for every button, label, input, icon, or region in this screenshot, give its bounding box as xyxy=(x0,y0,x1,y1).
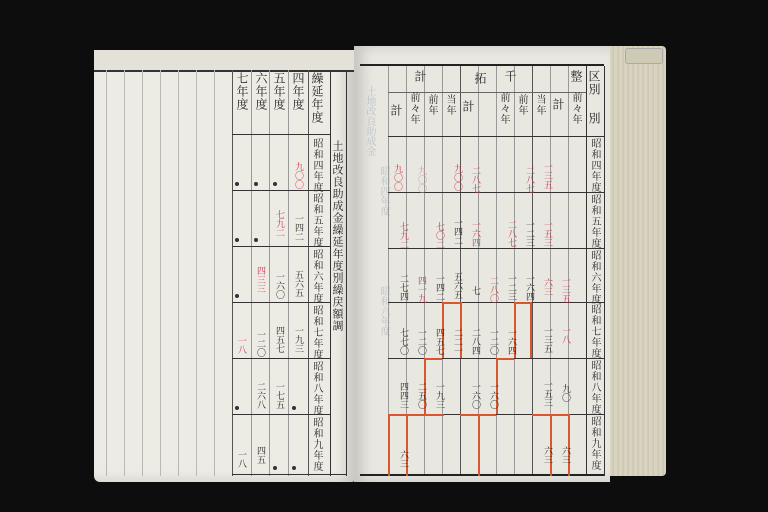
sub-header: 前々年 xyxy=(408,92,418,125)
row-label: 昭和六年度 xyxy=(311,249,321,304)
sub-header: 前々年 xyxy=(570,92,580,125)
row-label: 昭和四年度 xyxy=(311,138,321,193)
cell-value: 五六五 xyxy=(293,270,302,297)
row-label: 昭和六年度 xyxy=(589,250,599,305)
sub-header: 当年 xyxy=(444,94,454,116)
right-page: 土地改良助成金 昭和四年度 昭和六年度 xyxy=(354,46,610,482)
cell-value: 一七五 xyxy=(274,382,283,409)
sub-header: 別 xyxy=(588,112,600,125)
col-header-5: 五年度 xyxy=(273,72,285,111)
page-edges xyxy=(610,46,666,476)
group-header-kubetsu: 区別 xyxy=(588,70,600,96)
cell-value: 四三三 xyxy=(255,266,264,293)
left-page: 土地改良助成金繰延年度別繰戻額調 繰延年度 四年度 五年度 六年度 七年度 昭和… xyxy=(94,50,354,482)
row-label: 昭和五年度 xyxy=(311,193,321,248)
group-header-kei: 計 xyxy=(414,70,426,83)
sub-header: 前年 xyxy=(426,94,436,116)
cell-value: 一四二 xyxy=(293,214,302,241)
cell-value: 一八 xyxy=(236,336,245,354)
index-tab xyxy=(625,48,663,64)
cell-value: 七九二 xyxy=(274,210,283,237)
row-label: 昭和四年度 xyxy=(589,138,599,193)
row-header-label: 繰延年度 xyxy=(311,72,323,124)
left-page-title: 土地改良助成金繰延年度別繰戻額調 xyxy=(332,140,343,332)
group-header-sen: 千 xyxy=(504,70,516,83)
col-header-4: 四年度 xyxy=(292,72,304,111)
row-label: 昭和八年度 xyxy=(311,361,321,416)
group-header-sei: 整 xyxy=(570,70,582,83)
row-label: 昭和七年度 xyxy=(589,304,599,359)
sub-header: 計 xyxy=(390,104,402,117)
cell-value: 一九三 xyxy=(293,326,302,353)
cell-value: 一八 xyxy=(236,450,245,468)
sub-header: 当年 xyxy=(534,94,544,116)
row-label: 昭和九年度 xyxy=(589,416,599,471)
row-label: 昭和八年度 xyxy=(589,360,599,415)
cell-value: 二六八 xyxy=(255,382,264,409)
row-label: 昭和九年度 xyxy=(311,417,321,472)
row-label: 昭和七年度 xyxy=(311,305,321,360)
cell-value: 九〇〇 xyxy=(293,162,302,189)
cell-value: 一六〇 xyxy=(274,272,283,299)
sub-header: 前年 xyxy=(516,94,526,116)
left-page-top-band xyxy=(94,50,354,72)
col-header-7: 七年度 xyxy=(236,72,248,111)
cell-value: 四五七 xyxy=(274,326,283,353)
sub-header: 計 xyxy=(462,100,474,113)
group-header-taku: 拓 xyxy=(474,72,486,85)
ledger-book: 土地改良助成金繰延年度別繰戻額調 繰延年度 四年度 五年度 六年度 七年度 昭和… xyxy=(0,0,768,512)
cell-value: 一二〇 xyxy=(255,330,264,357)
row-label: 昭和五年度 xyxy=(589,194,599,249)
col-header-6: 六年度 xyxy=(255,72,267,111)
sub-header: 前々年 xyxy=(498,92,508,125)
cell-value: 四五 xyxy=(255,446,264,464)
sub-header: 計 xyxy=(552,98,564,111)
